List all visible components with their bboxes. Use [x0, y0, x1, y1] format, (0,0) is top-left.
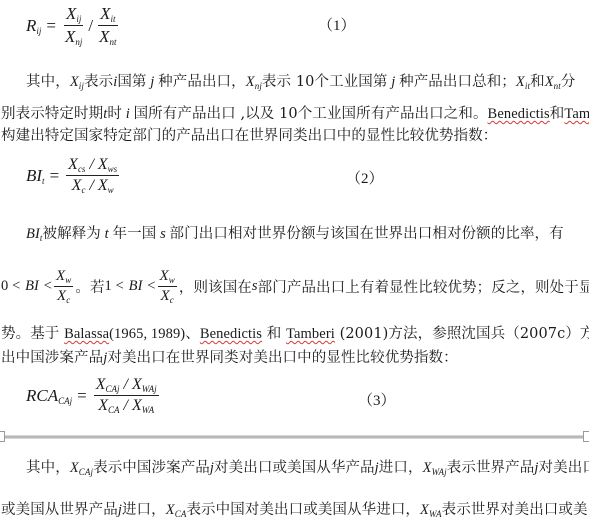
equation-2: BIt = Xcs / Xws Xc / Xw — [26, 156, 121, 195]
eq2-fraction: Xcs / Xws Xc / Xw — [66, 156, 119, 195]
eq1-fraction-2: Xit Xnt — [97, 4, 118, 47]
citation-balassa: Balassa — [64, 326, 109, 342]
citation-benedictis: Benedictis — [488, 106, 550, 122]
equation-3: RCACAj = XCAj / XWAj XCA / XWA — [26, 376, 161, 415]
page-corner-left — [0, 431, 5, 442]
paragraph-3-line-1: 其中，XCAj表示中国涉案产品j对美出口或美国从华产品j进口，XWAj表示世界产… — [26, 456, 589, 477]
equation-number-3: （3） — [358, 389, 396, 410]
citation-tamberi: Tamberi — [564, 106, 589, 122]
equation-number-1: （1） — [318, 14, 356, 35]
citation-benedictis: Benedictis — [200, 326, 262, 342]
paragraph-1-line-1: 其中，Xij表示i国第 j 种产品出口，Xnj表示 10个工业国第 j 种产品出… — [26, 70, 575, 91]
equation-number-2: （2） — [346, 167, 384, 188]
paragraph-3-line-2: 或美国从世界产品j进口，XCA表示中国对美出口或美国从华进口，XWA表示世界对美… — [1, 498, 589, 519]
eq1-fraction-1: Xij Xnj — [63, 4, 84, 47]
paragraph-2-line-2: 0 < BI < Xw Xc 。若1 < BI < Xw Xc ，则该国在s部门… — [1, 268, 589, 305]
paragraph-2-line-4: 出中国涉案产品j对美出口在世界同类对美出口中的显性比较优势指数： — [1, 346, 458, 367]
paragraph-1-line-3: 构建出特定国家特定部门的产品出口在世界同类出口中的显性比较优势指数： — [1, 124, 497, 145]
paragraph-2-line-3: 势。基于 Balassa(1965, 1989)、Benedictis 和 Ta… — [1, 322, 589, 343]
citation-tamberi: Tamberi — [286, 326, 335, 342]
eq3-fraction: XCAj / XWAj XCA / XWA — [94, 376, 159, 415]
paragraph-1-line-2: 别表示特定时期t时 i 国所有产品出口 ,以及 10个工业国所有产品出口之和。B… — [1, 102, 589, 123]
equation-1: Rij = Xij Xnj / Xit Xnt — [26, 4, 121, 47]
page-corner-right — [583, 431, 589, 442]
paragraph-2-line-1: BIt被解释为 t 年一国 s 部门出口相对世界份额与该国在世界出口相对份额的比… — [26, 222, 564, 243]
page-break-line — [0, 435, 589, 439]
eq1-lhs: Rij — [26, 16, 41, 36]
